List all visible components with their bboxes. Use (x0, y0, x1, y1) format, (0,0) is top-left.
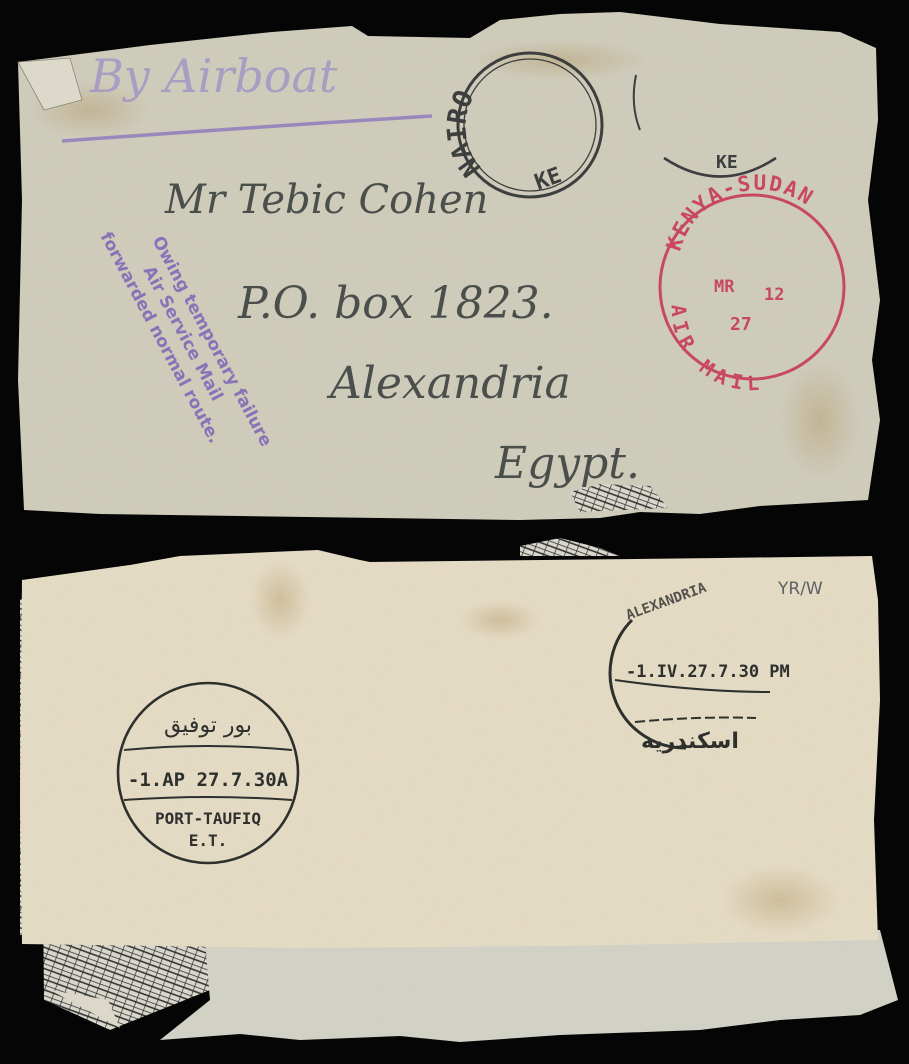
address-line-country: Egypt. (494, 438, 640, 489)
svg-text:PORT-TAUFIQ: PORT-TAUFIQ (155, 809, 261, 828)
svg-text:بور توفيق: بور توفيق (164, 713, 252, 738)
svg-text:27: 27 (730, 314, 752, 335)
svg-text:KE: KE (716, 152, 738, 173)
svg-text:اسكندرية: اسكندرية (641, 729, 739, 754)
svg-text:E.T.: E.T. (189, 831, 228, 850)
svg-text:12: 12 (764, 285, 784, 305)
svg-text:-1.AP 27.7.30A: -1.AP 27.7.30A (128, 769, 289, 791)
address-line-pobox: P.O. box 1823. (237, 278, 554, 329)
pencil-note: YR/W (777, 579, 823, 599)
envelope-front: By Airboat Mr Tebic Cohen P.O. box 1823.… (18, 12, 880, 520)
svg-text:MR: MR (714, 277, 735, 297)
address-line-city: Alexandria (326, 358, 571, 409)
envelope-photo: By Airboat Mr Tebic Cohen P.O. box 1823.… (0, 0, 909, 1064)
envelope-back: YR/W بور توفيق -1.AP 27.7.30A PORT-TAUFI… (20, 538, 898, 1042)
address-line-name: Mr Tebic Cohen (164, 177, 488, 223)
svg-text:By Airboat: By Airboat (89, 49, 338, 103)
envelope-scene: By Airboat Mr Tebic Cohen P.O. box 1823.… (0, 0, 909, 1064)
svg-text:-1.IV.27.7.30 PM: -1.IV.27.7.30 PM (626, 662, 790, 682)
